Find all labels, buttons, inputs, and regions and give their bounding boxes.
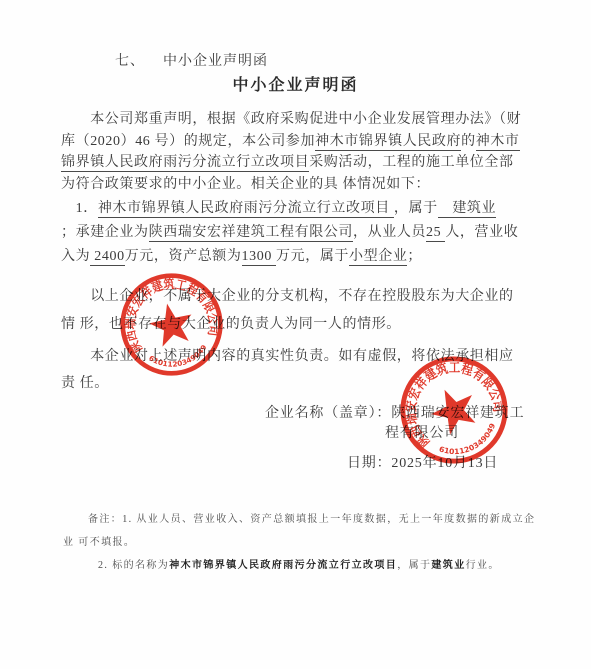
sme-declaration-document: 七、 中小企业声明函 中小企业声明函 本公司郑重声明，根据《政府采购促进中小企业… xyxy=(0,0,591,669)
paragraph-line: 锦界镇人民政府雨污分流立行立改项目采购活动，工程的施工单位全部 xyxy=(61,152,535,174)
paragraph-line: 为符合政策要求的中小企业。相关企业的具 体情况如下： xyxy=(61,174,535,196)
company-seal: 陕西瑞安宏祥建筑工程有限公司 6101120349049 xyxy=(108,261,235,388)
seal-star-icon xyxy=(146,299,197,348)
footnote-line: 备注：1. 从业人员、营业收入、资产总额填报上一年度数据，无上一年度数据的新成立… xyxy=(88,510,535,525)
paragraph-line: 库（2020）46 号）的规定，本公司参加神木市锦界镇人民政府的神木市 xyxy=(61,131,535,153)
declaration-paragraph: 本公司郑重声明，根据《政府采购促进中小企业发展管理办法》（财 库（2020）46… xyxy=(61,109,535,195)
paragraph-line: 本公司郑重声明，根据《政府采购促进中小企业发展管理办法》（财 xyxy=(61,109,535,131)
paragraph-line: 入为 2400万元，资产总额为1300 万元，属于小型企业； xyxy=(61,245,535,269)
footnote-line: 2. 标的名称为神木市锦界镇人民政府雨污分流立行立改项目，属于建筑业行业。 xyxy=(98,556,500,571)
section-heading: 七、 中小企业声明函 xyxy=(115,50,268,70)
seal-star-icon xyxy=(424,380,483,438)
project-item-paragraph: 1．神木市锦界镇人民政府雨污分流立行立改项目 ，属于 建筑业 ；承建企业为陕西瑞… xyxy=(61,197,535,269)
document-title: 中小企业声明函 xyxy=(0,72,591,95)
footnote-line: 业 可不填报。 xyxy=(63,533,135,548)
paragraph-line: 1．神木市锦界镇人民政府雨污分流立行立改项目 ，属于 建筑业 xyxy=(61,197,535,221)
paragraph-line: ；承建企业为陕西瑞安宏祥建筑工程有限公司，从业人员25 人，营业收 xyxy=(61,221,535,245)
